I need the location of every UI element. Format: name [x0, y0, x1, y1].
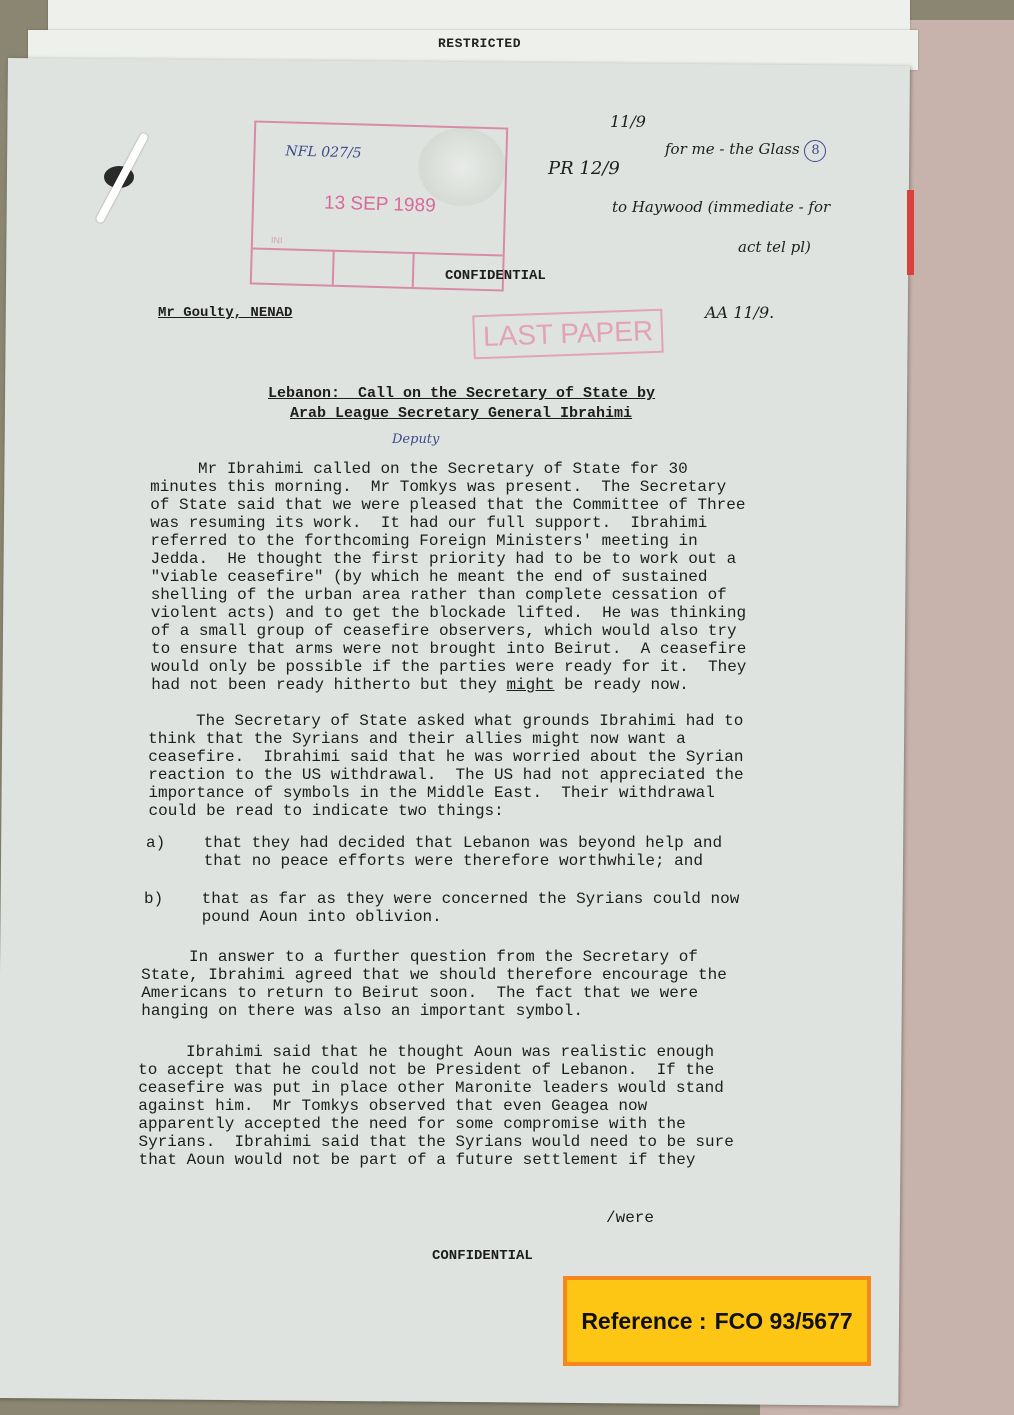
body-line: shelling of the urban area rather than c…	[151, 586, 727, 604]
body-line: State, Ibrahimi agreed that we should th…	[141, 966, 727, 984]
body-line: In answer to a further question from the…	[141, 948, 698, 966]
title-line-2: Arab League Secretary General Ibrahimi	[290, 405, 632, 422]
stamp-date: 13 SEP 1989	[324, 192, 436, 217]
body-line: importance of symbols in the Middle East…	[148, 784, 715, 802]
body-line: pound Aoun into oblivion.	[144, 908, 442, 926]
body-line: that no peace efforts were therefore wor…	[146, 852, 703, 870]
classification-footer: CONFIDENTIAL	[432, 1248, 533, 1264]
file-reference: NFL 027/5	[285, 143, 361, 161]
body-line: of a small group of ceasefire observers,…	[151, 622, 737, 640]
annotation-date: 11/9	[610, 112, 646, 131]
annotation-line3: act tel pl)	[738, 238, 811, 256]
classification-header: CONFIDENTIAL	[445, 268, 546, 284]
body-line: apparently accepted the need for some co…	[138, 1115, 685, 1133]
body-line: The Secretary of State asked what ground…	[148, 712, 743, 730]
body-line: "viable ceasefire" (by which he meant th…	[151, 568, 708, 586]
annotation-line1: for me - the Glass 8	[665, 140, 826, 162]
deputy-annotation: Deputy	[392, 432, 439, 447]
body-line: would only be possible if the parties we…	[151, 658, 746, 676]
body-line: reaction to the US withdrawal. The US ha…	[148, 766, 743, 784]
annotation-line2: to Haywood (immediate - for	[612, 198, 830, 216]
body-line: ceasefire. Ibrahimi said that he was wor…	[148, 748, 743, 766]
body-line: referred to the forthcoming Foreign Mini…	[150, 532, 697, 550]
reference-key: Reference :	[581, 1308, 706, 1335]
body-line: a) that they had decided that Lebanon wa…	[146, 834, 722, 852]
body-line: Americans to return to Beirut soon. The …	[141, 984, 698, 1002]
body-line: to ensure that arms were not brought int…	[151, 640, 746, 658]
annotation-initial: PR 12/9	[548, 158, 620, 179]
reference-value: FCO 93/5677	[715, 1308, 853, 1335]
continuation-marker: /were	[606, 1209, 654, 1227]
body-line: b) that as far as they were concerned th…	[144, 890, 739, 908]
addressee: Mr Goulty, NENAD	[158, 305, 292, 321]
registry-stamp: NFL 027/5 13 SEP 1989 INI	[250, 120, 508, 291]
body-line: that Aoun would not be part of a future …	[139, 1151, 696, 1169]
body-line: against him. Mr Tomkys observed that eve…	[138, 1097, 647, 1115]
initials-label: INI	[271, 235, 283, 245]
title-line-1: Lebanon: Call on the Secretary of State …	[268, 385, 655, 402]
classification-top: RESTRICTED	[438, 36, 521, 51]
body-line: hanging on there was also an important s…	[141, 1002, 583, 1020]
body-line: Jedda. He thought the first priority had…	[151, 550, 737, 568]
body-line: of State said that we were pleased that …	[150, 496, 745, 514]
reference-label: Reference : FCO 93/5677	[563, 1276, 871, 1366]
body-line: to accept that he could not be President…	[138, 1061, 714, 1079]
last-paper-stamp: LAST PAPER	[472, 309, 664, 360]
body-line: could be read to indicate two things:	[149, 802, 504, 820]
body-line: Ibrahimi said that he thought Aoun was r…	[138, 1043, 714, 1061]
body-line: was resuming its work. It had our full s…	[150, 514, 707, 532]
body-line: violent acts) and to get the blockade li…	[151, 604, 746, 622]
circled-number: 8	[804, 140, 826, 162]
body-line: had not been ready hitherto but they mig…	[151, 676, 689, 694]
red-tab	[907, 190, 914, 275]
body-line: ceasefire was put in place other Maronit…	[138, 1079, 724, 1097]
annotation-signoff: AA 11/9.	[705, 303, 774, 322]
body-line: think that the Syrians and their allies …	[148, 730, 686, 748]
body-line: Mr Ibrahimi called on the Secretary of S…	[150, 460, 688, 478]
body-line: minutes this morning. Mr Tomkys was pres…	[150, 478, 726, 496]
body-line: Syrians. Ibrahimi said that the Syrians …	[139, 1133, 734, 1151]
